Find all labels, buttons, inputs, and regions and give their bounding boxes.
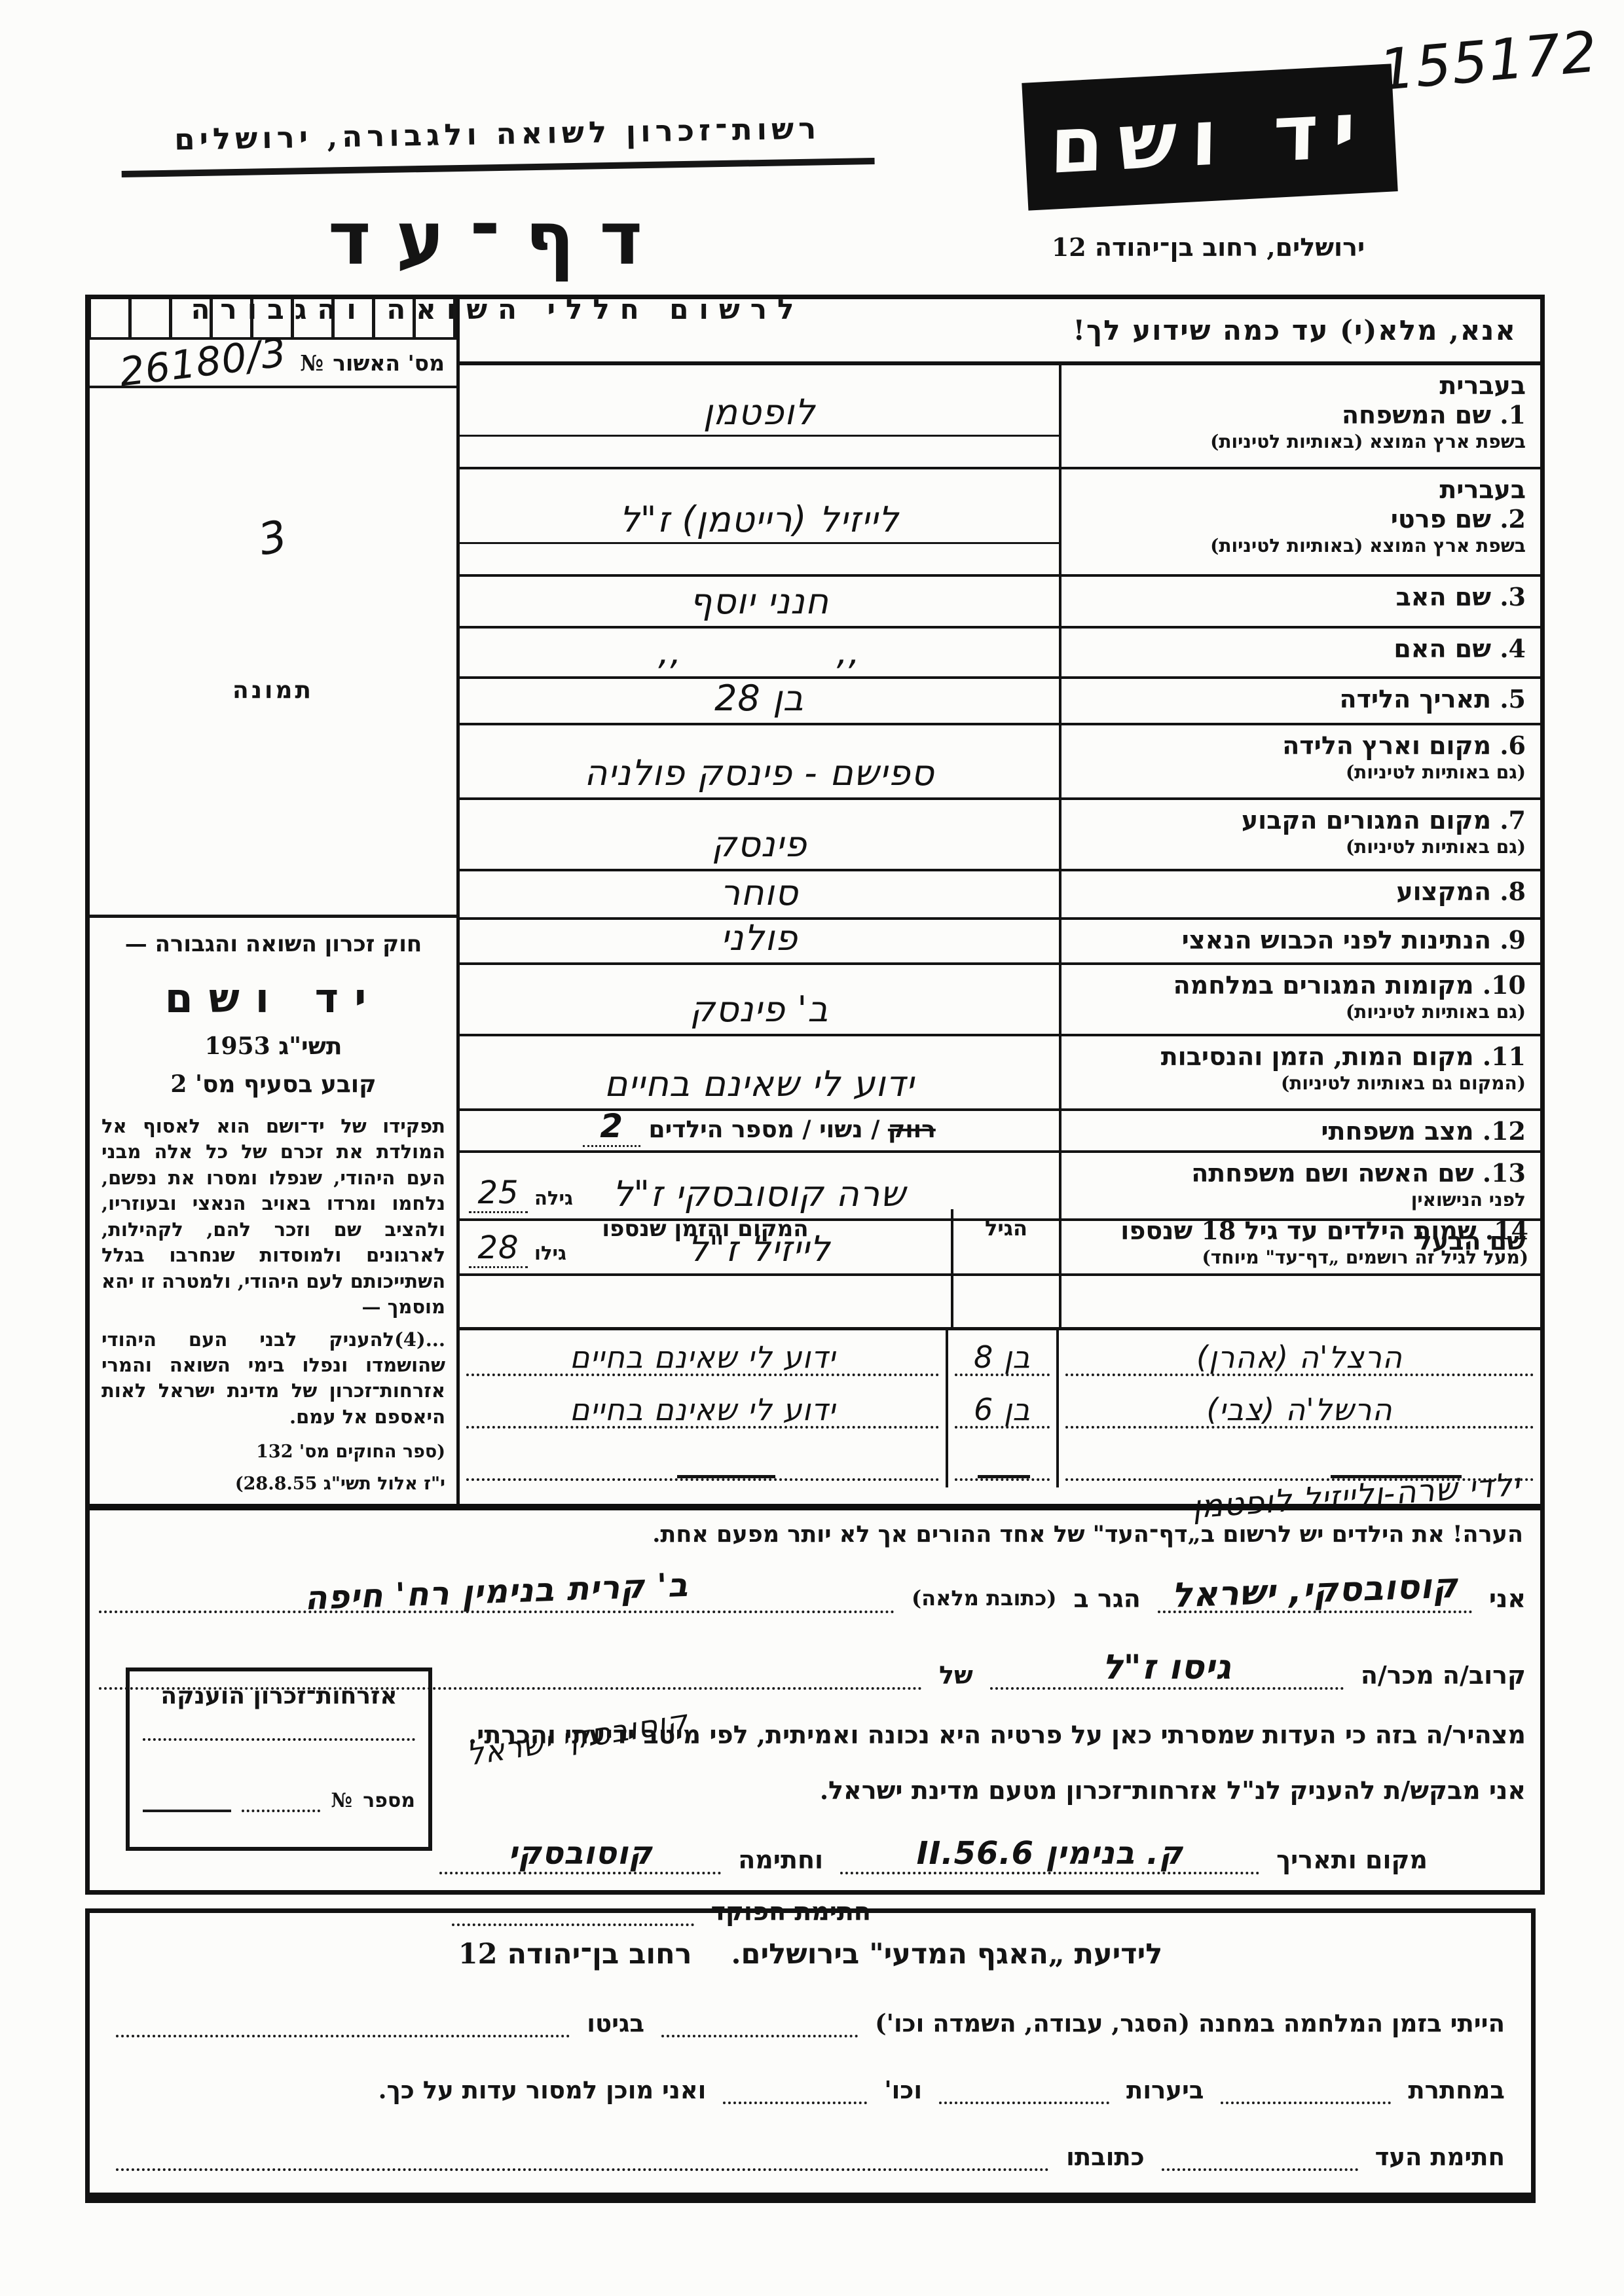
- label-num: 9.: [1500, 925, 1526, 955]
- witness-address-line: ב' קרית בנימין רח' חיפה: [99, 1572, 895, 1613]
- label-num: 13.: [1483, 1158, 1526, 1188]
- field-answer: סוחר: [460, 871, 1059, 917]
- authority-title: רשות־זכרון לשואה ולגבורה, ירושלים: [120, 110, 874, 177]
- wife-age-value: 25: [469, 1175, 528, 1213]
- answer-death-place: ידוע לי שאינם בחיים: [460, 1063, 1059, 1104]
- answer-profession: סוחר: [460, 872, 1059, 913]
- label-num: 3.: [1500, 582, 1526, 611]
- child-row: הרשל'ה (צבי) בן 6 ידוע לי שאינם בחיים: [460, 1383, 1540, 1435]
- approval-number-row: מס' האשור № 26180/3: [90, 340, 456, 388]
- child-place-cell: ידוע לי שאינם בחיים: [460, 1330, 946, 1383]
- camp-ghetto-line: הייתי בזמן המלחמה במחנה (הסגר, עבודה, הש…: [116, 2009, 1505, 2037]
- law-title: חוק זכרון השואה והגבורה —: [101, 931, 445, 957]
- child-name-cell: הרשל'ה (צבי): [1056, 1383, 1540, 1435]
- dotted-line: [466, 1478, 939, 1481]
- answer-first-name: לייזיל (רייטמן) ז"ל: [460, 499, 1059, 540]
- children-table: 14. שמות הילדים עד גיל 18 שנספו (מעל לגי…: [460, 1209, 1540, 1504]
- field-answer: ,, ,,: [460, 629, 1059, 676]
- children-label-text: שמות הילדים עד גיל 18 שנספו: [1120, 1216, 1476, 1245]
- field-label: 10. מקומות המגורים במלחמה (גם באותיות לט…: [1059, 965, 1540, 1034]
- main-form-box: אנא, מלא(י) עד כמה שידוע לך! מס' האשור №…: [85, 295, 1545, 1895]
- field-label: בעברית 2. שם פרטי בשפת ארץ המוצא (באותיו…: [1059, 469, 1540, 574]
- forests-answer-line: [939, 2102, 1109, 2104]
- field-label: 9. הנתינות לפני הכבוש הנאצי: [1059, 920, 1540, 962]
- note-text: הערה! את הילדים יש לרשום ב„דף־העד" של אח…: [90, 1504, 1540, 1558]
- label-title: 13. שם האשה ושם משפחתה: [1068, 1158, 1526, 1188]
- citizenship-stamp-box: אזרחות־זכרון הוענקה מספר №: [126, 1667, 432, 1851]
- field-row-citizenship: 9. הנתינות לפני הכבוש הנאצי פולני: [460, 920, 1540, 965]
- answer-children-count: 2: [583, 1107, 640, 1147]
- child-name: הרשל'ה (צבי): [1059, 1392, 1540, 1427]
- field-label: בעברית 1. שם המשפחה בשפת ארץ המוצא (באות…: [1059, 365, 1540, 467]
- dotted-line: [242, 1810, 320, 1812]
- label-num: 12.: [1483, 1116, 1526, 1146]
- children-label: 14. שמות הילדים עד גיל 18 שנספו: [1067, 1216, 1528, 1245]
- field-row-birth-date: 5. תאריך הלידה בן 28: [460, 679, 1540, 725]
- relation-label: קרוב/ה מכר/ה: [1361, 1660, 1526, 1690]
- field-label: 12. מצב משפחתי: [1059, 1111, 1540, 1150]
- marital-options: רווק / נשוי / מספר הילדים 2: [460, 1107, 1059, 1145]
- field-row-death-place: 11. מקום המות, הזמן והנסיבות (המקום גם ב…: [460, 1036, 1540, 1111]
- witness-signature-line: חתימת העד כתובתו: [116, 2142, 1505, 2171]
- strike-dash: [677, 1475, 775, 1478]
- label-num: 1.: [1500, 400, 1526, 429]
- child-place-cell: ידוע לי שאינם בחיים: [460, 1383, 946, 1435]
- label-sub: (גם באותיות לטיניות): [1068, 836, 1526, 858]
- label-sub: בשפת ארץ המוצא (באותיות לטיניות): [1068, 431, 1526, 452]
- signature-line: קוסובסקי: [439, 1835, 721, 1874]
- photo-area: 3 תמונה: [90, 388, 456, 905]
- label-title: 10. מקומות המגורים במלחמה: [1068, 970, 1526, 1000]
- field-row-marital-status: 12. מצב משפחתי רווק / נשוי / מספר הילדים…: [460, 1111, 1540, 1153]
- logo-text: יד ושם: [1049, 83, 1371, 191]
- child-age-cell: בן 8: [946, 1330, 1056, 1383]
- stamp-title: אזרחות־זכרון הוענקה: [143, 1682, 415, 1709]
- logo-address: ירושלים, רחוב בן־יהודה 12: [995, 232, 1421, 262]
- label-num: 7.: [1500, 805, 1526, 835]
- witness-address-label: כתובתו: [1066, 2142, 1144, 2171]
- place-date-signature-line: מקום ותאריך ק. בנימין 6.II.56 וחתימה קוס…: [367, 1835, 1428, 1874]
- label-title: 9. הנתינות לפני הכבוש הנאצי: [1068, 925, 1526, 955]
- field-answer: ידוע לי שאינם בחיים: [460, 1036, 1059, 1108]
- form-title: דף־עד: [121, 196, 874, 282]
- label-title: 5. תאריך הלידה: [1068, 684, 1526, 714]
- field-label: 11. מקום המות, הזמן והנסיבות (המקום גם ב…: [1059, 1036, 1540, 1108]
- field-answer: ב' פינסק: [460, 965, 1059, 1034]
- intro-instruction: אנא, מלא(י) עד כמה שידוע לך!: [460, 299, 1540, 365]
- answer-citizenship: פולני: [460, 917, 1059, 958]
- child-age-cell: בן 6: [946, 1383, 1056, 1435]
- field-row-birth-place: 6. מקום וארץ הלידה (גם באותיות לטיניות) …: [460, 725, 1540, 800]
- label-title: 8. המקצוע: [1068, 877, 1526, 906]
- etc-label: וכו': [884, 2075, 922, 2104]
- scanned-testimony-page: 155172 רשות־זכרון לשואה ולגבורה, ירושלים…: [0, 0, 1624, 2296]
- label-title: 6. מקום וארץ הלידה: [1068, 731, 1526, 760]
- resides-label: הגר ב: [1074, 1584, 1141, 1613]
- label-pre: בעברית: [1068, 371, 1526, 400]
- witness-name-handwriting: קוסובסקי, ישראל: [1171, 1566, 1459, 1615]
- forests-label: ביערות: [1126, 2075, 1204, 2104]
- stamp-number-label: מספר: [363, 1789, 415, 1812]
- signature-handwriting: קוסובסקי: [508, 1835, 652, 1872]
- field-label: 5. תאריך הלידה: [1059, 679, 1540, 723]
- answer-mother-name: ,, ,,: [460, 631, 1059, 672]
- label-title: 1. שם המשפחה: [1068, 400, 1526, 429]
- label-title: 7. מקום המגורים הקבוע: [1068, 805, 1526, 835]
- law-yad-vashem: יד ושם: [101, 974, 445, 1022]
- field-label: 13. שם האשה ושם משפחתה לפני הנישואין: [1059, 1153, 1540, 1218]
- extra-signature-handwriting: קוסובסקי ישראל: [464, 1703, 691, 1773]
- field-row-residence: 7. מקום המגורים הקבוע (גם באותיות לטיניו…: [460, 800, 1540, 871]
- dotted-line: [955, 1478, 1050, 1481]
- field-label: 7. מקום המגורים הקבוע (גם באותיות לטיניו…: [1059, 800, 1540, 869]
- field-row-family-name: בעברית 1. שם המשפחה בשפת ארץ המוצא (באות…: [460, 365, 1540, 469]
- address-label: (כתובת מלאה): [912, 1586, 1057, 1613]
- law-ref-1: (ספר החוקים מס' 132: [101, 1442, 445, 1462]
- field-answer: חנני יוסף: [460, 577, 1059, 626]
- answer-wartime-residence: ב' פינסק: [460, 989, 1059, 1030]
- witness-name-line: קוסובסקי, ישראל: [1158, 1571, 1472, 1613]
- ghetto-label: בגיטו: [587, 2009, 644, 2037]
- stamp-number-row: מספר №: [143, 1789, 415, 1812]
- place-date-label: מקום ותאריך: [1276, 1845, 1428, 1874]
- scientific-branch-title: לידיעת „האגף המדעי" בירושלים. רחוב בן־יה…: [116, 1938, 1505, 1971]
- label-num: 6.: [1500, 731, 1526, 760]
- scientific-branch-box: לידיעת „האגף המדעי" בירושלים. רחוב בן־יה…: [85, 1908, 1536, 2203]
- label-title: 4. שם האם: [1068, 634, 1526, 663]
- child-name: הרצל'ה (אהרן): [1059, 1339, 1540, 1375]
- writing-line: [460, 542, 1059, 544]
- sci-title-address: רחוב בן־יהודה 12: [458, 1938, 692, 1971]
- field-answer: רווק / נשוי / מספר הילדים 2: [460, 1111, 1059, 1150]
- label-num: 2.: [1500, 504, 1526, 534]
- children-age-header: הגיל: [951, 1209, 1059, 1327]
- label-title: 11. מקום המות, הזמן והנסיבות: [1068, 1042, 1526, 1071]
- sci-title-main: לידיעת „האגף המדעי" בירושלים.: [731, 1938, 1163, 1971]
- witness-signature-empty-line: [1162, 2168, 1358, 2171]
- answer-father-name: חנני יוסף: [460, 581, 1059, 622]
- answer-family-name: לופטמן: [460, 392, 1059, 433]
- ready-to-testify-label: ואני מוכן למסור עדות על כך.: [378, 2075, 707, 2104]
- field-row-mother-name: 4. שם האם ,, ,,: [460, 629, 1540, 679]
- children-place-header: המקום והזמן שנספו: [460, 1209, 951, 1327]
- field-answer: לופטמן: [460, 365, 1059, 467]
- label-text: הנתינות לפני הכבוש הנאצי: [1182, 925, 1491, 955]
- law-ref-2: י"ז אלול תשי"ג 28.8.55): [101, 1474, 445, 1494]
- field-label: 4. שם האם: [1059, 629, 1540, 676]
- label-text: שם האם: [1393, 634, 1491, 663]
- approval-label: מס' האשור: [333, 350, 445, 376]
- field-answer: שרה קוסובסקי ז"ל גילה 25: [460, 1153, 1059, 1218]
- label-text: תאריך הלידה: [1339, 684, 1491, 714]
- children-label-sub: (מעל לגיל זה רושמים „דף־עד" מיוחד): [1067, 1247, 1528, 1268]
- field-row-father-name: 3. שם האב חנני יוסף: [460, 577, 1540, 629]
- marital-option-struck: רווק: [888, 1116, 936, 1143]
- relation-handwriting: גיסו ז"ל: [1102, 1648, 1231, 1687]
- label-num: 8.: [1500, 877, 1526, 906]
- child-name-cell: הרצל'ה (אהרן): [1056, 1330, 1540, 1383]
- photo-handwritten-digit: 3: [88, 475, 458, 601]
- photo-panel: מס' האשור № 26180/3 3 תמונה: [90, 299, 456, 918]
- children-label-num: 14.: [1485, 1216, 1528, 1245]
- field-answer: בן 28: [460, 679, 1059, 723]
- field-row-wartime-residence: 10. מקומות המגורים במלחמה (גם באותיות לט…: [460, 965, 1540, 1036]
- children-table-header: 14. שמות הילדים עד גיל 18 שנספו (מעל לגי…: [460, 1209, 1540, 1330]
- declaration-identity-line: אני קוסובסקי, ישראל הגר ב (כתובת מלאה) ב…: [99, 1571, 1526, 1613]
- law-year: תשי"ג 1953: [101, 1032, 445, 1060]
- child-place: ידוע לי שאינם בחיים: [460, 1392, 946, 1427]
- label-sub: (המקום גם באותיות לטיניות): [1068, 1072, 1526, 1094]
- label-text: שם פרטי: [1391, 504, 1491, 534]
- label-text: המקצוע: [1396, 877, 1491, 906]
- label-title: 2. שם פרטי: [1068, 504, 1526, 534]
- yad-vashem-logo: יד ושם: [1022, 64, 1397, 210]
- i-label: אני: [1489, 1584, 1526, 1613]
- photo-label: תמונה: [90, 676, 456, 704]
- field-label: 8. המקצוע: [1059, 871, 1540, 917]
- label-text: שם האשה ושם משפחתה: [1191, 1158, 1473, 1188]
- label-sub: בשפת ארץ המוצא (באותיות לטיניות): [1068, 535, 1526, 556]
- witness-signature-label: חתימת העד: [1375, 2142, 1505, 2171]
- witness-address-empty-line: [116, 2168, 1049, 2171]
- label-text: מקום וארץ הלידה: [1282, 731, 1491, 760]
- field-answer: פולני: [460, 920, 1059, 962]
- label-sub: (גם באותיות לטיניות): [1068, 761, 1526, 783]
- label-num: 10.: [1483, 970, 1526, 1000]
- field-label: 3. שם האב: [1059, 577, 1540, 626]
- approval-number-value: 26180/3: [117, 330, 289, 396]
- child-place: ידוע לי שאינם בחיים: [460, 1339, 946, 1375]
- strike-dash: [978, 1475, 1030, 1478]
- marital-options-text: / נשוי / מספר הילדים: [649, 1116, 880, 1143]
- camp-answer-line: [661, 2035, 858, 2037]
- underground-forests-line: במחתרת ביערות וכו' ואני מוכן למסור עדות …: [116, 2075, 1505, 2104]
- label-pre: בעברית: [1068, 475, 1526, 504]
- field-answer: ספישם - פינסק פולניה: [460, 725, 1059, 797]
- label-num: 5.: [1500, 684, 1526, 714]
- etc-answer-line: [723, 2102, 867, 2104]
- label-text: מקומות המגורים במלחמה: [1173, 970, 1474, 1000]
- writing-line: [460, 435, 1059, 437]
- field-row-first-name: בעברית 2. שם פרטי בשפת ארץ המוצא (באותיו…: [460, 469, 1540, 577]
- law-clause: ...(4)להעניק לבני העם היהודי שהושמדו ונפ…: [101, 1327, 445, 1430]
- child-age: בן 8: [948, 1339, 1056, 1375]
- field-row-profession: 8. המקצוע סוחר: [460, 871, 1540, 920]
- witness-address-handwriting: ב' קרית בנימין רח' חיפה: [304, 1566, 690, 1617]
- answer-birth-date: בן 28: [460, 678, 1059, 719]
- label-title: 3. שם האב: [1068, 582, 1526, 611]
- child-row: הרצל'ה (אהרן) בן 8 ידוע לי שאינם בחיים: [460, 1330, 1540, 1383]
- law-excerpt: חוק זכרון השואה והגבורה — יד ושם תשי"ג 1…: [95, 931, 452, 1494]
- child-place-cell: [460, 1435, 946, 1487]
- underground-answer-line: [1221, 2102, 1391, 2104]
- dotted-line: [143, 1738, 415, 1741]
- law-body: תפקידו של יד־ושם הוא לאסוף אל המולדת את …: [101, 1114, 445, 1321]
- field-label: 6. מקום וארץ הלידה (גם באותיות לטיניות): [1059, 725, 1540, 797]
- child-age: בן 6: [948, 1392, 1056, 1427]
- child-age-cell: [946, 1435, 1056, 1487]
- label-num: 4.: [1500, 634, 1526, 663]
- solid-line: [143, 1810, 231, 1812]
- label-text: שם האב: [1396, 582, 1491, 611]
- label-sub: (גם באותיות לטיניות): [1068, 1001, 1526, 1023]
- numero-sign: №: [331, 1789, 352, 1812]
- camp-label: הייתי בזמן המלחמה במחנה (הסגר, עבודה, הש…: [875, 2009, 1505, 2037]
- place-date-line: ק. בנימין 6.II.56: [840, 1835, 1259, 1874]
- signature-label: וחתימה: [738, 1845, 823, 1874]
- wife-age-group: גילה 25: [469, 1175, 573, 1213]
- label-text: מקום המות, הזמן והנסיבות: [1161, 1042, 1474, 1071]
- answer-birth-place: ספישם - פינסק פולניה: [460, 752, 1059, 793]
- place-date-handwriting: ק. בנימין 6.II.56: [917, 1835, 1183, 1872]
- law-section: קובע בסעיף מס' 2: [101, 1070, 445, 1098]
- ghetto-answer-line: [116, 2035, 570, 2037]
- fields-section: בעברית 1. שם המשפחה בשפת ארץ המוצא (באות…: [460, 365, 1540, 1276]
- label-sub: לפני הנישואין: [1068, 1189, 1526, 1211]
- field-answer: לייזיל (רייטמן) ז"ל: [460, 469, 1059, 574]
- field-answer: פינסק: [460, 800, 1059, 869]
- label-num: 11.: [1483, 1042, 1526, 1071]
- numero-sign: №: [300, 350, 323, 376]
- label-text: שם המשפחה: [1342, 400, 1491, 429]
- relation-line: גיסו ז"ל: [990, 1647, 1344, 1690]
- label-text: מקום המגורים הקבוע: [1242, 805, 1491, 835]
- of-label: של: [939, 1660, 973, 1690]
- underground-label: במחתרת: [1408, 2075, 1505, 2104]
- label-text: מצב משפחתי: [1321, 1116, 1473, 1146]
- answer-residence: פינסק: [460, 824, 1059, 865]
- children-names-header: 14. שמות הילדים עד גיל 18 שנספו (מעל לגי…: [1059, 1209, 1540, 1327]
- label-title: 12. מצב משפחתי: [1068, 1116, 1526, 1146]
